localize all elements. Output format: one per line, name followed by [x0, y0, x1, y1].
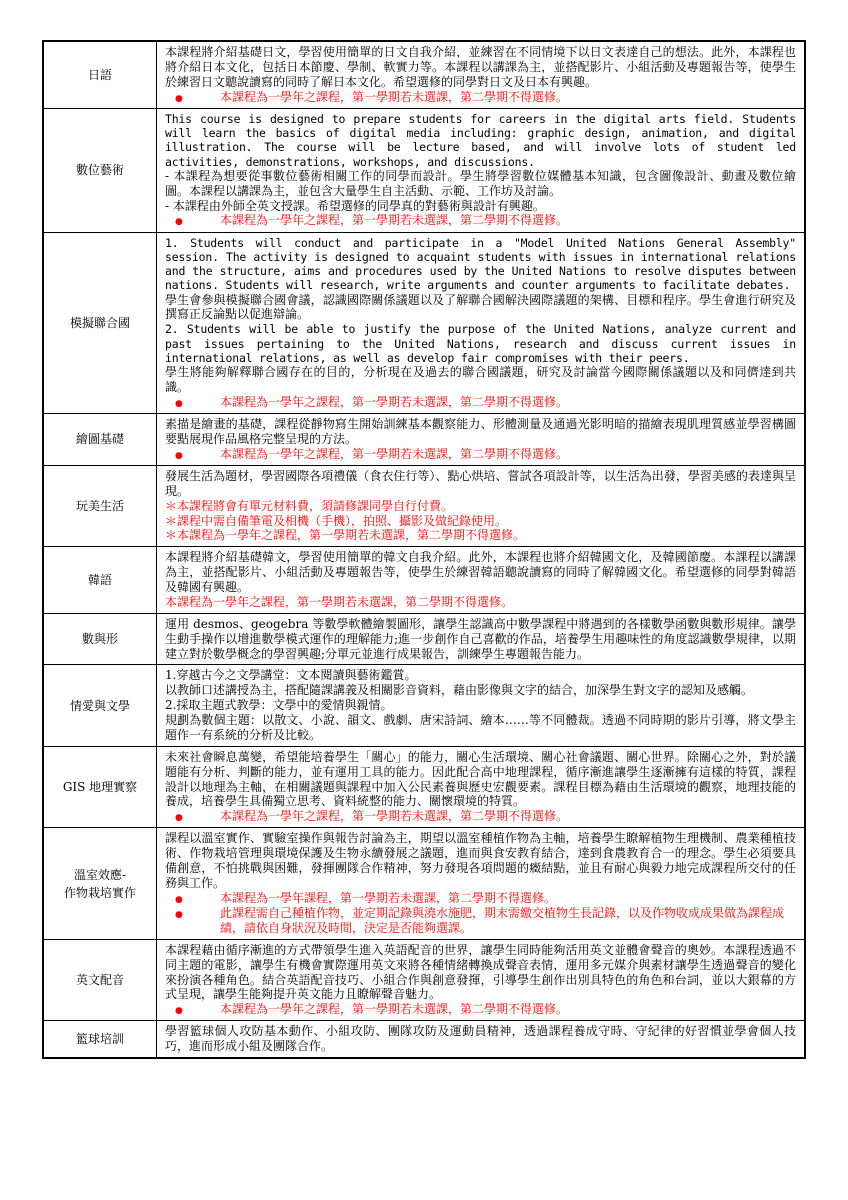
course-name: 溫室效應- 作物栽培實作 [64, 868, 136, 900]
note-text: ＊課程中需自備筆電及相機（手機），拍照、攝影及做紀錄使用。 [165, 514, 796, 529]
course-name-cell: 數位藝術 [43, 108, 157, 232]
course-name: 模擬聯合國 [70, 316, 130, 330]
description-text: 素描是繪畫的基礎，課程從靜物寫生開始訓練基本觀察能力、形體測量及通過光影明暗的描… [165, 417, 796, 447]
course-name: 繪圖基礎 [76, 432, 124, 446]
course-description-cell: 1. Students will conduct and participate… [157, 232, 806, 413]
note-paragraph: ●本課程為一學年之課程，第一學期若未選課，第二學期不得選修。 [165, 90, 796, 105]
bullet-icon: ● [165, 813, 220, 824]
description-text: 本課程將介紹基礎韓文，學習使用簡單的韓文自我介紹。此外，本課程也將介紹韓國文化，… [165, 550, 796, 595]
description-text: This course is designed to prepare stude… [165, 112, 796, 169]
bullet-icon: ● [165, 910, 220, 921]
table-row: 繪圖基礎素描是繪畫的基礎，課程從靜物寫生開始訓練基本觀察能力、形體測量及通過光影… [43, 413, 805, 465]
note-text: ＊本課程將會有單元材料費，須請修課同學自行付費。 [165, 499, 796, 514]
course-table-body: 日語本課程將介紹基礎日文，學習使用簡單的日文自我介紹，並練習在不同情境下以日文表… [43, 41, 805, 1058]
course-description-cell: 學習籃球個人攻防基本動作、小組攻防、團隊攻防及運動員精神，透過課程養成守時、守紀… [157, 1021, 806, 1058]
table-row: 日語本課程將介紹基礎日文，學習使用簡單的日文自我介紹，並練習在不同情境下以日文表… [43, 41, 805, 108]
bullet-icon: ● [165, 451, 220, 462]
note-text: 本課程為一學年之課程，第一學期若未選課，第二學期不得選修。 [220, 447, 796, 462]
course-name-cell: 溫室效應- 作物栽培實作 [43, 828, 157, 939]
note-text: ＊本課程為一學年之課程，第一學期若未選課，第二學期不得選修。 [165, 528, 796, 543]
bullet-icon: ● [165, 1006, 220, 1017]
note-paragraph: ●本課程為一學年之課程，第一學期若未選課，第二學期不得選修。 [165, 1002, 796, 1017]
table-row: 數與形運用 desmos、geogebra 等數學軟體繪製圖形，讓學生認識高中數… [43, 613, 805, 665]
description-text: 課程以溫室實作、實驗室操作與報告討論為主，期望以溫室種植作物為主軸，培養學生瞭解… [165, 831, 796, 891]
description-text: 本課程藉由循序漸進的方式帶領學生進入英語配音的世界，讓學生同時能夠活用英文並體會… [165, 943, 796, 1003]
course-name: 玩美生活 [76, 499, 124, 513]
description-text: 運用 desmos、geogebra 等數學軟體繪製圖形，讓學生認識高中數學課程… [165, 617, 796, 662]
description-text: 未來社會瞬息萬變，希望能培養學生「關心」的能力，關心生活環境、關心社會議題、關心… [165, 750, 796, 810]
bullet-icon: ● [165, 94, 220, 105]
course-description-cell: 素描是繪畫的基礎，課程從靜物寫生開始訓練基本觀察能力、形體測量及通過光影明暗的描… [157, 413, 806, 465]
note-text: 本課程為一學年之課程，第一學期若未選課，第二學期不得選修。 [220, 1002, 796, 1017]
course-name-cell: 韓語 [43, 547, 157, 614]
bullet-icon: ● [165, 217, 220, 228]
course-description-cell: This course is designed to prepare stude… [157, 108, 806, 232]
note-paragraph: ●此課程需自己種植作物，並定期記錄與澆水施肥，期末需繳交植物生長記錄，以及作物收… [165, 906, 796, 936]
course-name-cell: 英文配音 [43, 939, 157, 1021]
description-text: 學習籃球個人攻防基本動作、小組攻防、團隊攻防及運動員精神，透過課程養成守時、守紀… [165, 1024, 796, 1054]
note-paragraph: ●本課程為一學年之課程，第一學期若未選課，第二學期不得選修。 [165, 447, 796, 462]
course-description-cell: 運用 desmos、geogebra 等數學軟體繪製圖形，讓學生認識高中數學課程… [157, 613, 806, 665]
description-text: 規劃為數個主題：以散文、小說、韻文、戲劇、唐宋詩詞、繪本……等不同體裁。透過不同… [165, 713, 796, 743]
description-text: 以教師口述講授為主，搭配隨課講義及相關影音資料，藉由影像與文字的結合，加深學生對… [165, 683, 796, 698]
description-text: - 本課程由外師全英文授課。希望選修的同學真的對藝術與設計有興趣。 [165, 199, 796, 214]
course-name: GIS 地理實察 [63, 780, 137, 794]
description-text: 2. Students will be able to justify the … [165, 322, 796, 365]
course-description-cell: 本課程藉由循序漸進的方式帶領學生進入英語配音的世界，讓學生同時能夠活用英文並體會… [157, 939, 806, 1021]
note-text: 本課程為一學年之課程，第一學期若未選課，第二學期不得選修。 [220, 90, 796, 105]
course-description-cell: 本課程將介紹基礎日文，學習使用簡單的日文自我介紹，並練習在不同情境下以日文表達自… [157, 41, 806, 108]
table-row: 模擬聯合國1. Students will conduct and partic… [43, 232, 805, 413]
table-row: 籃球培訓學習籃球個人攻防基本動作、小組攻防、團隊攻防及運動員精神，透過課程養成守… [43, 1021, 805, 1058]
course-name-cell: 模擬聯合國 [43, 232, 157, 413]
description-text: 1. Students will conduct and participate… [165, 236, 796, 293]
description-text: - 本課程為想要從事數位藝術相關工作的同學而設計。學生將學習數位媒體基本知識，包… [165, 169, 796, 199]
description-text: 本課程將介紹基礎日文，學習使用簡單的日文自我介紹，並練習在不同情境下以日文表達自… [165, 45, 796, 90]
course-name-cell: 數與形 [43, 613, 157, 665]
course-name: 情愛與文學 [70, 699, 130, 713]
course-name: 籃球培訓 [76, 1032, 124, 1046]
description-text: 學生會參與模擬聯合國會議，認識國際關係議題以及了解聯合國解決國際議題的架構、目標… [165, 293, 796, 323]
course-name: 日語 [88, 68, 112, 82]
bullet-icon: ● [165, 895, 220, 906]
course-description-cell: 本課程將介紹基礎韓文，學習使用簡單的韓文自我介紹。此外，本課程也將介紹韓國文化，… [157, 547, 806, 614]
note-text: 此課程需自己種植作物，並定期記錄與澆水施肥，期末需繳交植物生長記錄，以及作物收成… [220, 906, 796, 936]
document-page: 日語本課程將介紹基礎日文，學習使用簡單的日文自我介紹，並練習在不同情境下以日文表… [0, 0, 848, 1200]
note-text: 本課程為一學年課程，第一學期若未選課，第二學期不得選修。 [220, 891, 796, 906]
course-name-cell: 繪圖基礎 [43, 413, 157, 465]
course-description-cell: 課程以溫室實作、實驗室操作與報告討論為主，期望以溫室種植作物為主軸，培養學生瞭解… [157, 828, 806, 939]
table-row: 英文配音本課程藉由循序漸進的方式帶領學生進入英語配音的世界，讓學生同時能夠活用英… [43, 939, 805, 1021]
note-paragraph: ●本課程為一學年之課程，第一學期若未選課，第二學期不得選修。 [165, 213, 796, 228]
course-name: 英文配音 [76, 973, 124, 987]
table-row: 情愛與文學1.穿越古今之文學講堂：文本閱讀與藝術鑑賞。以教師口述講授為主，搭配隨… [43, 665, 805, 746]
description-text: 2.採取主題式教學：文學中的愛情與親情。 [165, 698, 796, 713]
description-text: 1.穿越古今之文學講堂：文本閱讀與藝術鑑賞。 [165, 668, 796, 683]
course-name: 數與形 [82, 632, 118, 646]
course-name: 韓語 [88, 573, 112, 587]
note-text: 本課程為一學年之課程，第一學期若未選課，第二學期不得選修。 [220, 809, 796, 824]
table-row: GIS 地理實察未來社會瞬息萬變，希望能培養學生「關心」的能力，關心生活環境、關… [43, 746, 805, 828]
note-text: 本課程為一學年之課程，第一學期若未選課，第二學期不得選修。 [220, 213, 796, 228]
course-name-cell: 籃球培訓 [43, 1021, 157, 1058]
table-row: 玩美生活發展生活為題材，學習國際各項禮儀（食衣住行等）、點心烘培、嘗試各項設計等… [43, 465, 805, 546]
note-text: 本課程為一學年之課程，第一學期若未選課，第二學期不得選修。 [220, 395, 796, 410]
note-paragraph: ●本課程為一學年之課程，第一學期若未選課，第二學期不得選修。 [165, 395, 796, 410]
note-text: 本課程為一學年之課程，第一學期若未選課，第二學期不得選修。 [165, 595, 796, 610]
note-paragraph: ●本課程為一學年課程，第一學期若未選課，第二學期不得選修。 [165, 891, 796, 906]
note-paragraph: ●本課程為一學年之課程，第一學期若未選課，第二學期不得選修。 [165, 809, 796, 824]
course-description-cell: 未來社會瞬息萬變，希望能培養學生「關心」的能力，關心生活環境、關心社會議題、關心… [157, 746, 806, 828]
table-row: 數位藝術This course is designed to prepare s… [43, 108, 805, 232]
course-name: 數位藝術 [76, 163, 124, 177]
course-name-cell: 玩美生活 [43, 465, 157, 546]
course-name-cell: GIS 地理實察 [43, 746, 157, 828]
description-text: 學生將能夠解釋聯合國存在的目的，分析現在及過去的聯合國議題，研究及討論當今國際關… [165, 365, 796, 395]
course-description-cell: 發展生活為題材，學習國際各項禮儀（食衣住行等）、點心烘培、嘗試各項設計等，以生活… [157, 465, 806, 546]
course-description-cell: 1.穿越古今之文學講堂：文本閱讀與藝術鑑賞。以教師口述講授為主，搭配隨課講義及相… [157, 665, 806, 746]
course-name-cell: 日語 [43, 41, 157, 108]
description-text: 發展生活為題材，學習國際各項禮儀（食衣住行等）、點心烘培、嘗試各項設計等，以生活… [165, 469, 796, 499]
course-table: 日語本課程將介紹基礎日文，學習使用簡單的日文自我介紹，並練習在不同情境下以日文表… [42, 40, 806, 1059]
table-row: 溫室效應- 作物栽培實作課程以溫室實作、實驗室操作與報告討論為主，期望以溫室種植… [43, 828, 805, 939]
course-name-cell: 情愛與文學 [43, 665, 157, 746]
bullet-icon: ● [165, 399, 220, 410]
table-row: 韓語本課程將介紹基礎韓文，學習使用簡單的韓文自我介紹。此外，本課程也將介紹韓國文… [43, 547, 805, 614]
